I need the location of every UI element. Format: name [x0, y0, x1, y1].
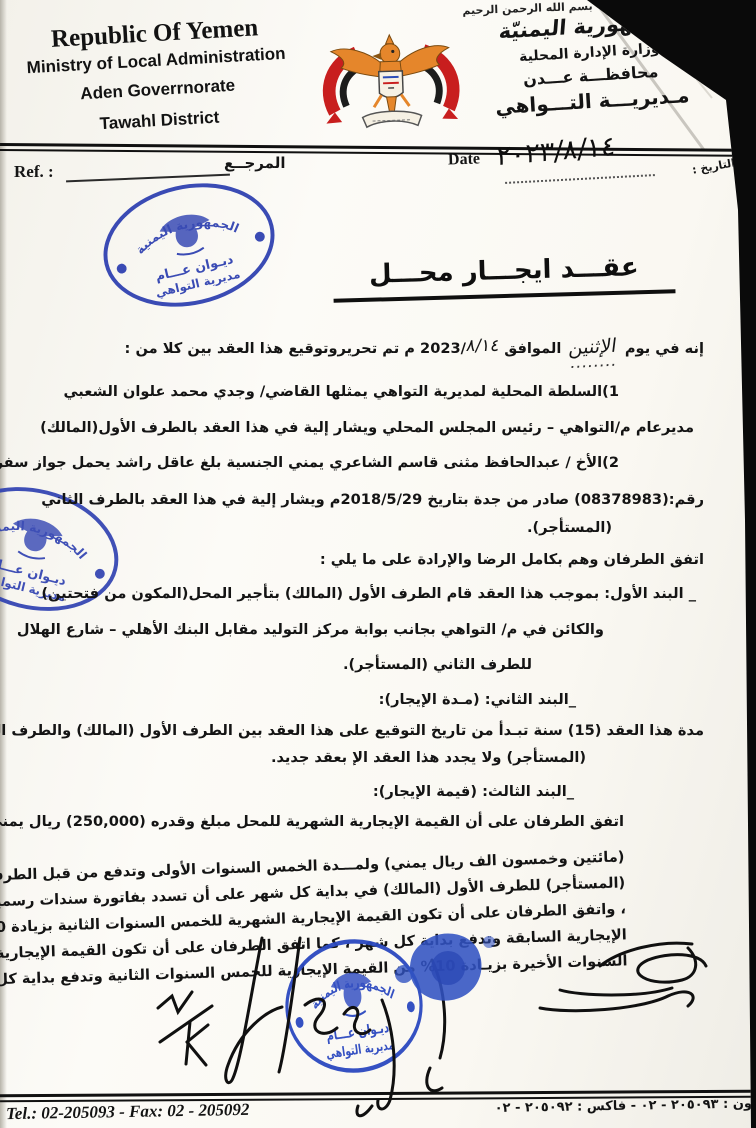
header-divider-rule — [0, 143, 744, 157]
clause-3-heading: _البند الثالث: (قيمة الإيجار): — [94, 780, 704, 803]
date-dotted-line — [505, 174, 655, 184]
intro-pre: إنه في يوم — [620, 340, 704, 357]
body-line-party2: 2)الأخ / عبدالحافظ مثنى قاسم الشاعري يمن… — [94, 451, 704, 474]
signature-left-icon — [158, 938, 445, 1116]
intro-line: إنه في يوم الإثنين........ الموافق 2023/… — [94, 336, 704, 360]
contract-body: إنه في يوم الإثنين........ الموافق 2023/… — [94, 336, 704, 971]
clause-2-heading: _البند الثاني: (مـدة الإيجار): — [94, 688, 704, 711]
handwritten-day: الإثنين........ — [565, 335, 622, 361]
body-line-rent-amount: اتفق الطرفان على أن القيمة الإيجارية الش… — [94, 810, 704, 833]
body-line-party1: 1)السلطة المحلية لمديرية التواهي يمثلها … — [94, 380, 704, 403]
stamp-arc-text: الجمهورية اليمنية — [0, 508, 94, 563]
ref-label: Ref. : — [14, 162, 54, 182]
date-label-arabic: التاريخ : — [691, 156, 736, 176]
header-arabic: الجمهورية اليمنيّة وزارة الإدارة المحلية… — [459, 6, 721, 120]
handwritten-day-month: ٨/١٤ — [465, 335, 501, 358]
thumbprint-ink-blob — [395, 934, 495, 1001]
official-stamp-top-icon: الجمهورية اليمنية ديـوان عـــام مديرية ا… — [86, 163, 292, 327]
intro-mid: الموافق — [499, 340, 566, 357]
yemen-emblem-icon — [310, 23, 472, 146]
footer-phone-english: Tel.: 02-205093 - Fax: 02 - 205092 — [6, 1100, 250, 1124]
body-line: (المستأجر) ولا يجدد هذا العقد الإ بعقد ج… — [94, 746, 704, 769]
date-value-handwritten: ٢٠٢٣/٨/١٤ — [496, 131, 616, 173]
signature-right-icon — [540, 943, 706, 1011]
body-line-agreement: اتفق الطرفان وهم بكامل الرضا والإرادة عل… — [94, 548, 704, 571]
body-line-passport: رقم:(08378983) صادر من جدة بتاريخ 2018/5… — [94, 488, 704, 511]
body-line-location: والكائن في م/ التواهي بجانب بوابة مركز ا… — [94, 618, 704, 641]
body-line: مديرعام م/التواهي – رئيس المجلس المحلي و… — [94, 416, 704, 439]
body-line: (المستأجر). — [94, 516, 704, 539]
intro-year-typed: 2023/ — [420, 340, 466, 357]
day-dots: ........ — [570, 352, 620, 377]
date-label: Date — [448, 150, 481, 169]
intro-post: م تم تحريروتوقيع هذا العقد بين كلا من : — [125, 340, 421, 357]
body-line: للطرف الثاني (المستأجر). — [94, 653, 704, 676]
body-line-duration: مدة هذا العقد (15) سنة تبـدأ من تاريخ ال… — [94, 719, 704, 742]
scanned-contract-page: بسم الله الرحمن الرحيم Republic Of Yemen… — [0, 0, 756, 1128]
intro-date: 2023/٨/١٤ — [420, 340, 499, 357]
svg-text:الجمهورية اليمنية: الجمهورية اليمنية — [0, 508, 94, 563]
clause-1-line: _ البند الأول: بموجب هذا العقد قام الطرف… — [94, 582, 704, 605]
header-english: Republic Of Yemen Ministry of Local Admi… — [13, 12, 301, 141]
contract-title: عقـــد ايجـــار محـــل — [332, 251, 675, 303]
